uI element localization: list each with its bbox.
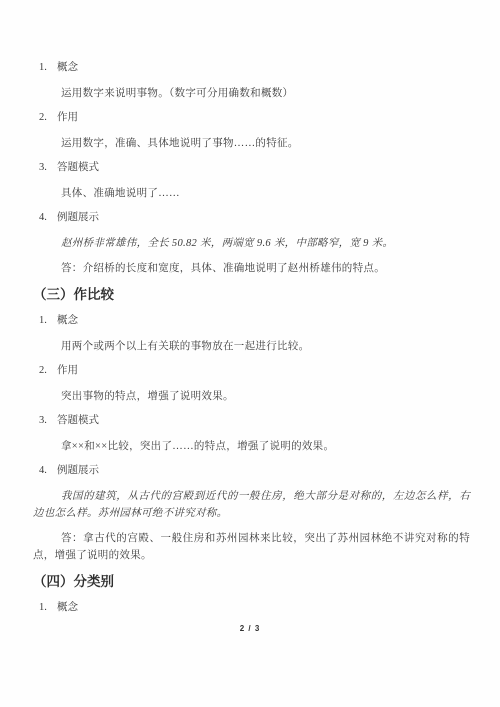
list-item: 4.例题展示 <box>33 463 470 478</box>
list-item-label: 作用 <box>57 110 78 125</box>
list-item-number: 3. <box>39 413 57 428</box>
list-item: 1.概念 <box>33 60 470 75</box>
paragraph: 运用数字来说明事物。（数字可分用确数和概数） <box>33 85 470 102</box>
list-item-number: 4. <box>39 210 57 225</box>
list-item: 3.答题模式 <box>33 413 470 428</box>
paragraph: 运用数字，准确、具体地说明了事物……的特征。 <box>33 135 470 152</box>
list-item-number: 2. <box>39 363 57 378</box>
answer-paragraph: 答：拿古代的宫殿、一般住房和苏州园林来比较，突出了苏州园林绝不讲究对称的特点，增… <box>33 530 470 564</box>
list-item-number: 4. <box>39 463 57 478</box>
paragraph: 突出事物的特点，增强了说明效果。 <box>33 388 470 405</box>
answer-paragraph: 答：介绍桥的长度和宽度，具体、准确地说明了赵州桥雄伟的特点。 <box>33 260 470 277</box>
paragraph: 具体、准确地说明了…… <box>33 185 470 202</box>
list-item-number: 2. <box>39 110 57 125</box>
list-item-number: 1. <box>39 313 57 328</box>
document-content: 1.概念运用数字来说明事物。（数字可分用确数和概数）2.作用运用数字，准确、具体… <box>33 60 470 625</box>
list-item-number: 1. <box>39 60 57 75</box>
paragraph: 用两个或两个以上有关联的事物放在一起进行比较。 <box>33 338 470 355</box>
list-item-number: 1. <box>39 600 57 615</box>
list-item-label: 作用 <box>57 363 78 378</box>
list-item: 1.概念 <box>33 600 470 615</box>
list-item-label: 概念 <box>57 600 78 615</box>
list-item-label: 概念 <box>57 60 78 75</box>
list-item-number: 3. <box>39 160 57 175</box>
section-heading: （四）分类别 <box>33 572 470 592</box>
list-item-label: 例题展示 <box>57 210 99 225</box>
document-page: 1.概念运用数字来说明事物。（数字可分用确数和概数）2.作用运用数字，准确、具体… <box>0 0 500 707</box>
list-item: 4.例题展示 <box>33 210 470 225</box>
list-item: 2.作用 <box>33 363 470 378</box>
list-item-label: 概念 <box>57 313 78 328</box>
paragraph: 拿××和××比较，突出了……的特点，增强了说明的效果。 <box>33 438 470 455</box>
page-number: 2 / 3 <box>0 624 500 633</box>
example-paragraph: 我国的建筑，从古代的宫殿到近代的一般住房，绝大部分是对称的，左边怎么样，右边也怎… <box>33 488 470 522</box>
list-item-label: 答题模式 <box>57 413 99 428</box>
list-item: 2.作用 <box>33 110 470 125</box>
list-item-label: 例题展示 <box>57 463 99 478</box>
example-paragraph: 赵州桥非常雄伟，全长 50.82 米，两端宽 9.6 米，中部略窄，宽 9 米。 <box>33 235 470 252</box>
list-item: 3.答题模式 <box>33 160 470 175</box>
list-item: 1.概念 <box>33 313 470 328</box>
list-item-label: 答题模式 <box>57 160 99 175</box>
section-heading: （三）作比较 <box>33 285 470 305</box>
